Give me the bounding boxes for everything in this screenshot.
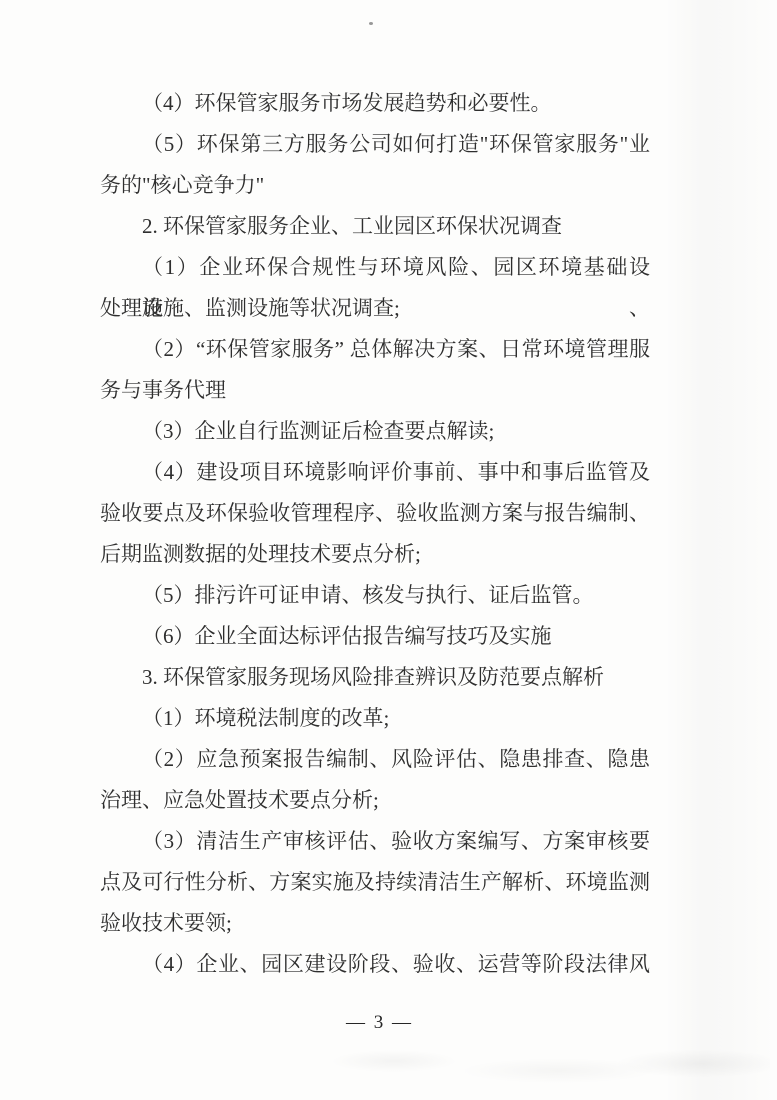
doc-line: （4）环保管家服务市场发展趋势和必要性。 bbox=[100, 83, 650, 124]
document-page: （4）环保管家服务市场发展趋势和必要性。 （5）环保第三方服务公司如何打造"环保… bbox=[0, 0, 777, 1100]
doc-line: 治理、应急处置技术要点分析; bbox=[100, 780, 650, 821]
doc-line: （1）环境税法制度的改革; bbox=[100, 698, 650, 739]
doc-line: 点及可行性分析、方案实施及持续清洁生产解析、环境监测 bbox=[100, 862, 650, 903]
scan-texture-band bbox=[665, 0, 775, 1100]
doc-line: （5）环保第三方服务公司如何打造"环保管家服务"业 bbox=[100, 124, 650, 165]
doc-line: 后期监测数据的处理技术要点分析; bbox=[100, 534, 650, 575]
doc-line: 务与事务代理 bbox=[100, 370, 650, 411]
document-body: （4）环保管家服务市场发展趋势和必要性。 （5）环保第三方服务公司如何打造"环保… bbox=[100, 83, 650, 985]
doc-line: （6）企业全面达标评估报告编写技巧及实施 bbox=[100, 616, 650, 657]
doc-line: （2）“环保管家服务” 总体解决方案、日常环境管理服 bbox=[100, 329, 650, 370]
doc-line: 2. 环保管家服务企业、工业园区环保状况调查 bbox=[100, 206, 650, 247]
scan-smudge bbox=[300, 1042, 770, 1090]
doc-line: （3）企业自行监测证后检查要点解读; bbox=[100, 411, 650, 452]
doc-line: （2）应急预案报告编制、风险评估、隐患排查、隐患 bbox=[100, 739, 650, 780]
page-number: — 3 — bbox=[0, 1012, 768, 1034]
doc-line: （3）清洁生产审核评估、验收方案编写、方案审核要 bbox=[100, 821, 650, 862]
doc-line: （1）企业环保合规性与环境风险、园区环境基础设施、 bbox=[100, 247, 650, 288]
doc-line: 验收技术要领; bbox=[100, 903, 650, 944]
doc-line: 3. 环保管家服务现场风险排查辨识及防范要点解析 bbox=[100, 657, 650, 698]
doc-line: 务的"核心竞争力" bbox=[100, 165, 650, 206]
doc-line: （4）建设项目环境影响评价事前、事中和事后监管及 bbox=[100, 452, 650, 493]
doc-line: （5）排污许可证申请、核发与执行、证后监管。 bbox=[100, 575, 650, 616]
doc-line: 验收要点及环保验收管理程序、验收监测方案与报告编制、 bbox=[100, 493, 650, 534]
scan-speck bbox=[369, 22, 373, 25]
doc-line: （4）企业、园区建设阶段、验收、运营等阶段法律风 bbox=[100, 944, 650, 985]
